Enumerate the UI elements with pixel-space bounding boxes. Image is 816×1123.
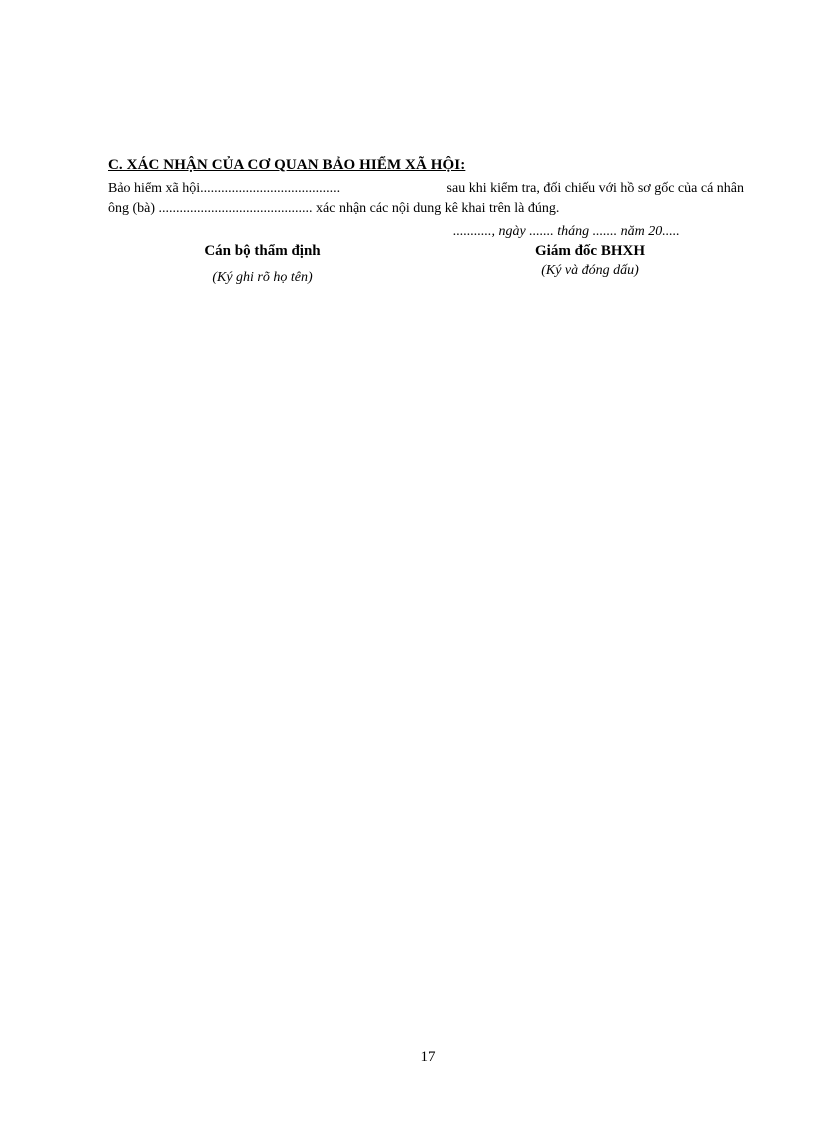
insurance-office-field: Bảo hiểm xã hội.........................…: [108, 179, 340, 199]
section-heading: C. XÁC NHẬN CỦA CƠ QUAN BẢO HIỂM XÃ HỘI:: [108, 157, 465, 174]
paragraph-line-1: Bảo hiểm xã hội.........................…: [108, 179, 744, 199]
verification-text: sau khi kiểm tra, đối chiếu với hồ sơ gố…: [447, 179, 744, 199]
signature-block-director: Giám đốc BHXH (Ký và đóng dấu): [470, 241, 710, 281]
paragraph-line-2: ông (bà) ...............................…: [108, 199, 744, 219]
page-number: 17: [0, 1049, 816, 1066]
confirmation-paragraph: Bảo hiểm xã hội.........................…: [108, 179, 744, 219]
date-line: ..........., ngày ....... tháng ....... …: [453, 224, 680, 240]
director-title: Giám đốc BHXH: [470, 241, 710, 261]
appraiser-note: (Ký ghi rõ họ tên): [140, 268, 385, 288]
appraiser-title: Cán bộ thẩm định: [140, 241, 385, 261]
director-note: (Ký và đóng dấu): [470, 261, 710, 281]
signature-block-appraiser: Cán bộ thẩm định (Ký ghi rõ họ tên): [140, 241, 385, 288]
